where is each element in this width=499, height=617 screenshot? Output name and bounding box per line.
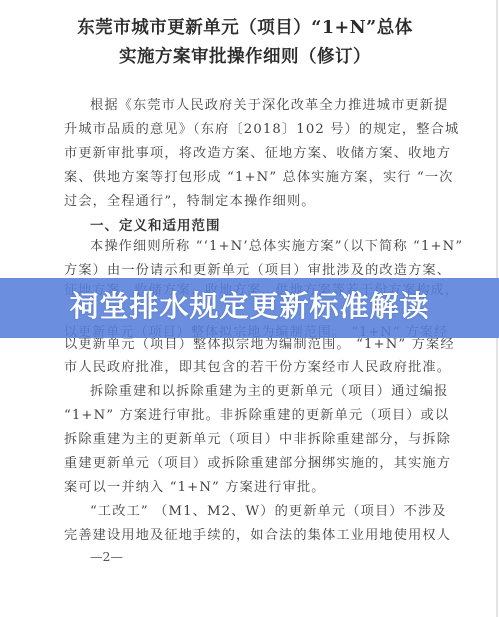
paragraph-4-line: 完善建设用地及征地手续的，如合法的集体工业用地使用权人 [64, 527, 432, 545]
section-heading-definitions: 一、定义和适用范围 [90, 214, 221, 234]
paragraph-3-line: “1+N” 方案进行审批。非拆除重建的更新单元（项目）或以 [64, 407, 432, 425]
paragraph-1-line: 根据《东莞市人民政府关于深化改革全力推进城市更新提 [90, 97, 432, 115]
paragraph-1-line: 过会，全程通行”，特制定本操作细则。 [64, 193, 432, 211]
paragraph-3-line: 拆除重建和以拆除重建为主的更新单元（项目）通过编报 [90, 383, 432, 401]
page-number: —2— [90, 549, 123, 564]
paragraph-3-line: 重建更新单元（项目）或拆除重建部分捆绑实施的，其实施方 [64, 455, 432, 473]
paragraph-2-line: 市人民政府批准，即其包含的若干份方案经市人民政府批准。 [64, 359, 432, 377]
document-title-line-2: 实施方案审批操作细则（修订） [0, 43, 490, 68]
paragraph-1-line: 市更新审批事项，将改造方案、征地方案、收储方案、收地方 [64, 145, 432, 163]
headline-banner: 征地方案、收储方案、收地方案、供地方案等若干份方案构成， 以更新单元（项目）整体… [0, 278, 499, 338]
paragraph-3-line: 拆除重建为主的更新单元（项目）中非拆除重建部分，与拆除 [64, 431, 432, 449]
paragraph-2-line: 以更新单元（项目）整体拟宗地为编制范围。 “1+N” 方案经 [64, 336, 432, 354]
paragraph-2-line: 本操作细则所称 “‘1+N’总体实施方案”（以下简称 “1+N” [90, 238, 432, 256]
document-title-line-1: 东莞市城市更新单元（项目）“1+N”总体 [0, 14, 490, 39]
paragraph-1-line: 升城市品质的意见》（东府〔2018〕102 号）的规定，整合城 [64, 121, 432, 139]
paragraph-1-line: 案、供地方案等打包形成 “1+N” 总体实施方案，实行 “一次 [64, 169, 432, 187]
paragraph-3-line: 案可以一并纳入 “1+N” 方案进行审批。 [64, 479, 432, 497]
banner-title: 祠堂排水规定更新标准解读 [0, 284, 499, 325]
paragraph-4-line: “工改工” （M1、M2、W）的更新单元（项目）不涉及 [90, 503, 432, 521]
